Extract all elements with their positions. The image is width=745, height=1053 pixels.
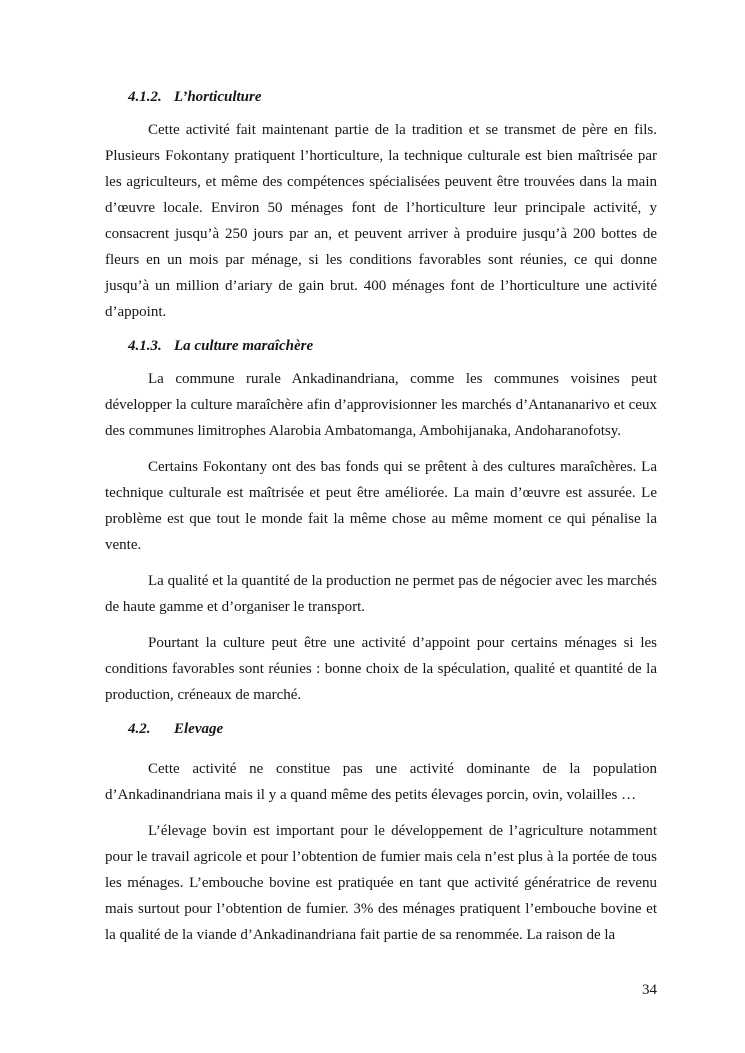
heading-title: La culture maraîchère xyxy=(174,338,313,354)
section-heading: 4.2.Elevage xyxy=(128,718,657,740)
heading-number: 4.1.3. xyxy=(128,335,174,357)
heading-number: 4.2. xyxy=(128,718,174,740)
heading-title: Elevage xyxy=(174,721,223,737)
heading-number: 4.1.2. xyxy=(128,86,174,108)
paragraph: La qualité et la quantité de la producti… xyxy=(105,568,657,620)
section-heading: 4.1.3.La culture maraîchère xyxy=(128,335,657,357)
paragraph: L’élevage bovin est important pour le dé… xyxy=(105,818,657,948)
document-page: 4.1.2.L’horticultureCette activité fait … xyxy=(0,0,745,1053)
document-content: 4.1.2.L’horticultureCette activité fait … xyxy=(105,84,657,958)
paragraph: Cette activité ne constitue pas une acti… xyxy=(105,756,657,808)
paragraph: La commune rurale Ankadinandriana, comme… xyxy=(105,366,657,444)
heading-title: L’horticulture xyxy=(174,89,262,105)
section-heading: 4.1.2.L’horticulture xyxy=(128,86,657,108)
paragraph: Cette activité fait maintenant partie de… xyxy=(105,117,657,325)
page-number: 34 xyxy=(105,981,657,999)
paragraph: Pourtant la culture peut être une activi… xyxy=(105,630,657,708)
paragraph: Certains Fokontany ont des bas fonds qui… xyxy=(105,454,657,558)
